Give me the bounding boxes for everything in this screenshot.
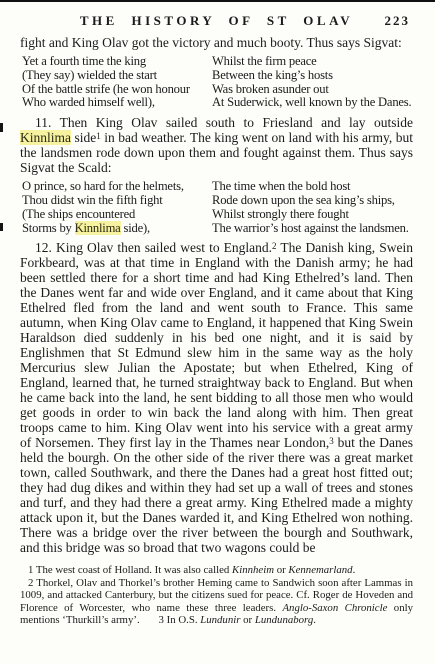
verse-line: Thou didst win the fifth fight [22, 194, 212, 208]
text-run: 11. Then King Olav sailed south to Fries… [35, 115, 413, 130]
verse-line: Storms by Kinnlima side), [22, 222, 212, 236]
text-run: or [274, 564, 288, 576]
scan-speck [0, 123, 3, 132]
footnote-2: 2 Thorkel, Olav and Thorkel’s brother He… [20, 577, 413, 627]
text-run: but the Danes held the bourgh. On the ot… [20, 435, 413, 555]
verse-line: Who warded himself well), [22, 96, 212, 110]
verse-2-left-column: O prince, so hard for the helmets, Thou … [22, 180, 212, 235]
paragraph-section-11: 11. Then King Olav sailed south to Fries… [20, 115, 413, 175]
verse-1-left-column: Yet a fourth time the king (They say) wi… [22, 55, 212, 110]
search-highlight: Kinnlima [75, 221, 121, 235]
page-number: 223 [385, 13, 411, 29]
text-run: . [313, 614, 316, 626]
text-run: side), [121, 221, 150, 235]
footnote-1: 1 The west coast of Holland. It was also… [20, 564, 413, 576]
text-run: Lundunir [200, 614, 240, 626]
text-run: Kennemarland [288, 564, 352, 576]
paragraph-section-12: 12. King Olav then sailed west to Englan… [20, 240, 413, 555]
text-run: . [353, 564, 356, 576]
scan-speck [0, 223, 3, 231]
book-page: THE HISTORY OF ST OLAV 223 fight and Kin… [0, 0, 435, 664]
verse-line: Of the battle strife (he won honour [22, 83, 212, 97]
text-run: Storms by [22, 221, 75, 235]
text-run: Lundunaborg [255, 614, 313, 626]
running-title: THE HISTORY OF ST OLAV [20, 13, 413, 29]
verse-line: (They say) wielded the start [22, 69, 212, 83]
verse-line: Whilst the firm peace [212, 55, 413, 69]
verse-line: Between the king’s hosts [212, 69, 413, 83]
verse-line: Was broken asunder out [212, 83, 413, 97]
footnotes: 1 The west coast of Holland. It was also… [20, 564, 413, 626]
page-header: THE HISTORY OF ST OLAV 223 [20, 13, 413, 32]
verse-line: The warrior’s host against the landsmen. [212, 222, 413, 236]
verse-2-right-column: The time when the bold host Rode down up… [212, 180, 413, 235]
verse-1-right-column: Whilst the firm peace Between the king’s… [212, 55, 413, 110]
verse-stanza-1: Yet a fourth time the king (They say) wi… [22, 55, 413, 110]
paragraph-intro: fight and King Olav got the victory and … [20, 35, 413, 50]
text-run: Anglo-Saxon Chronicle [282, 602, 387, 614]
verse-line: Whilst strongly there fought [212, 208, 413, 222]
text-run: 1 The west coast of Holland. It was also… [28, 564, 232, 576]
verse-stanza-2: O prince, so hard for the helmets, Thou … [22, 180, 413, 235]
text-run: 12. King Olav then sailed west to Englan… [35, 240, 272, 255]
verse-line: The time when the bold host [212, 180, 413, 194]
verse-line: Yet a fourth time the king [22, 55, 212, 69]
verse-line: (The ships encountered [22, 208, 212, 222]
text-run: Kinnheim [232, 564, 274, 576]
verse-line: O prince, so hard for the helmets, [22, 180, 212, 194]
text-run: The Danish king, Swein Forkbeard, was at… [20, 240, 413, 450]
search-highlight: Kinnlima [20, 130, 71, 145]
text-run: or [240, 614, 254, 626]
verse-line: At Suderwick, well known by the Danes. [212, 96, 413, 110]
verse-line: Rode down upon the sea king’s ships, [212, 194, 413, 208]
text-run: side [71, 130, 96, 145]
